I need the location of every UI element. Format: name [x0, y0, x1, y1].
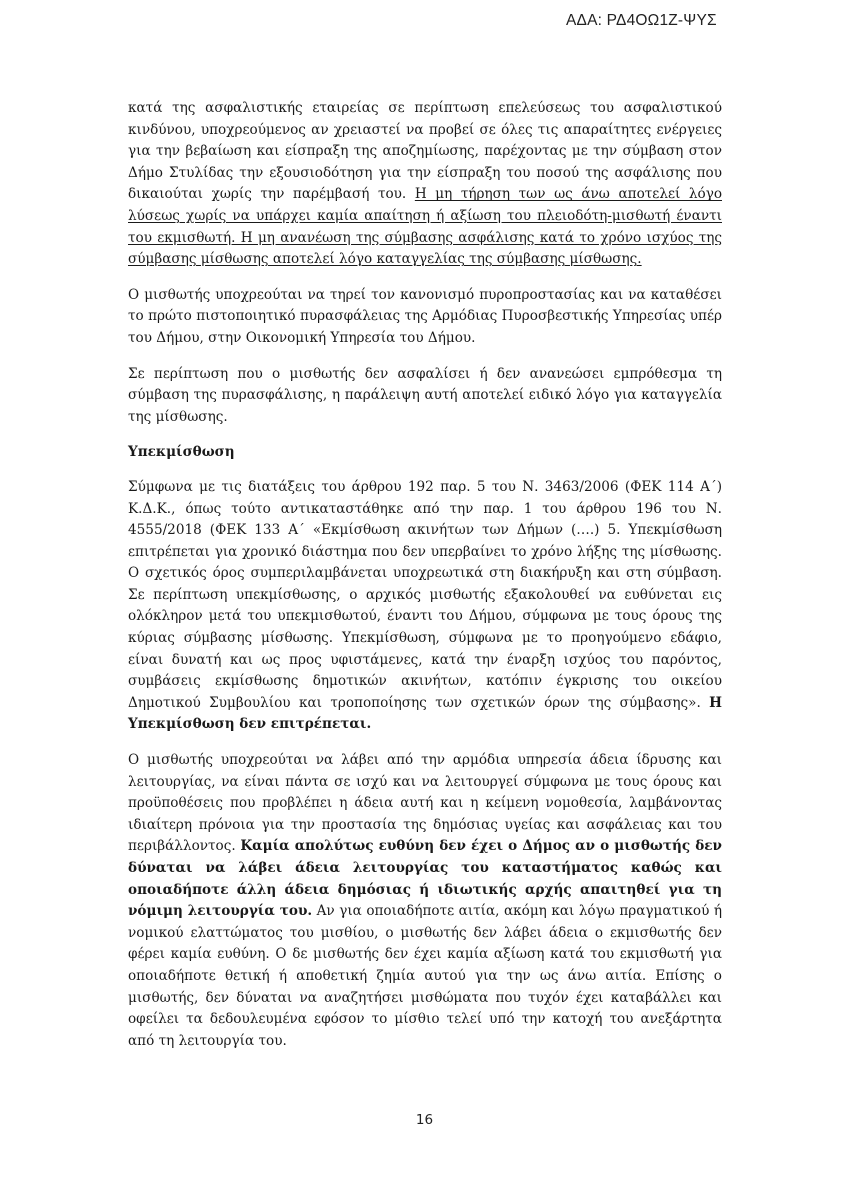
page-number: 16 [0, 1112, 849, 1128]
paragraph-text: Αν για οποιαδήποτε αιτία, ακόμη και λόγω… [128, 903, 722, 1049]
paragraph-license: Ο μισθωτής υποχρεούται να λάβει από την … [128, 750, 722, 1052]
paragraph-fire-insurance: Σε περίπτωση που ο μισθωτής δεν ασφαλίσε… [128, 364, 722, 429]
paragraph-insurance: κατά της ασφαλιστικής εταιρείας σε περίπ… [128, 98, 722, 271]
section-heading-subletting: Υπεκμίσθωση [128, 442, 722, 464]
paragraph-fire-safety: Ο μισθωτής υποχρεούται να τηρεί τον κανο… [128, 285, 722, 350]
ada-code: ΑΔΑ: ΡΔ4ΟΩ1Ζ-ΨΥΣ [566, 12, 717, 30]
document-body: κατά της ασφαλιστικής εταιρείας σε περίπ… [128, 98, 722, 1066]
paragraph-text: Σύμφωνα με τις διατάξεις του άρθρου 192 … [128, 479, 722, 711]
paragraph-subletting: Σύμφωνα με τις διατάξεις του άρθρου 192 … [128, 477, 722, 736]
